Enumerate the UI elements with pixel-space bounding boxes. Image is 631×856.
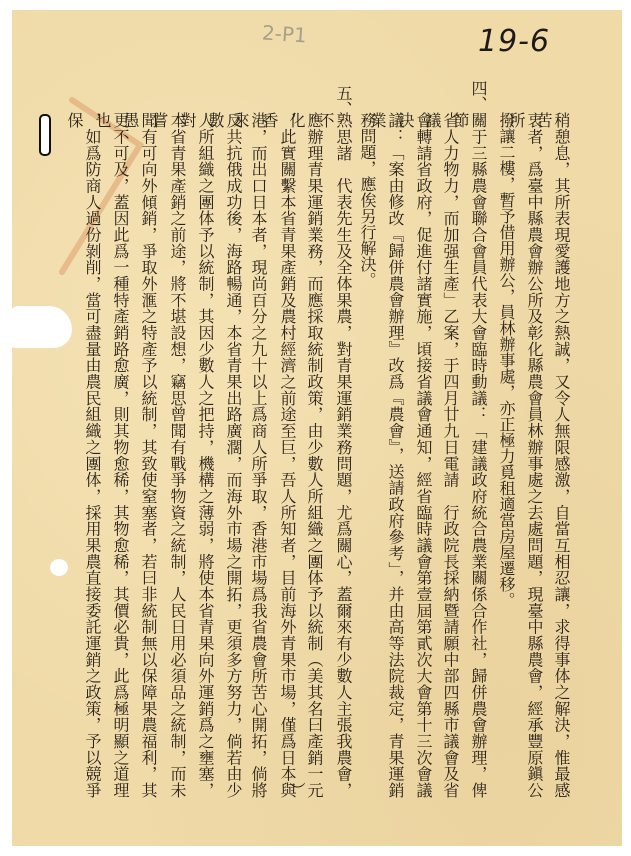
text-column-14: 人所組織之團体予以統制，其因少數人之把持，機構之薄弱，將使本省青果向外運銷爲之壅…	[196, 112, 214, 798]
text-column-5: 省人力物力，而加强生產」乙案，于四月廿九日電請 行政院長採納暨請願中部四縣市議會…	[441, 112, 459, 798]
text-column-3: 撥讓二樓，暫予借用辦公，員林辦事處，亦正極力覓租適當房屋遷移。	[497, 112, 515, 608]
text-column-17: 更不可及，蓋因此爲一種特產銷路愈廣，則其物愈稀，其物愈稀，其價必貴，此爲極明顯之…	[111, 112, 129, 798]
text-column-7: 議：「案由修改『歸併農會辦理』改爲『農會』，送請政府參考」，并由高等法院裁定，青…	[386, 112, 404, 798]
text-column-12: 港，而出口日本者，現尚百分之九十以上爲商人所爭取，香港市場爲我省農會所苦心開拓，…	[249, 112, 267, 798]
text-column-16: 聞有可向外傾銷，爭取外滙之特產予以統制，其致使窒塞者，若曰非統制無以保障果農福利…	[139, 112, 157, 798]
handwritten-page-number: 19-6	[478, 24, 550, 59]
text-column-2: 衷者，爲臺中縣農會辦公所及彰化縣農會員林辦事處之去處問題，現臺中縣農會，經承豐原…	[525, 112, 543, 798]
text-column-13: 反共抗俄成功後，海路暢通，本省青果出路廣濶，而海外市場之開拓，更須多方努力，倘若…	[224, 112, 242, 798]
text-column-9: 熟思諸 代表先生及全体果農，對青果運銷業務問題，尤爲關心，蓋爾來有少數人主張我農…	[334, 112, 352, 798]
text-column-1: 稍憩息，其所表現愛護地方之熱誠，又令人無限感激，自當互相忍讓，求得事体之解決，惟…	[552, 112, 570, 798]
text-column-6: 會轉請省政府，促進付諸實施，頃接省議會通知，經省臨時議會第壹屆第貳次大會第十三次…	[414, 112, 432, 798]
text-column-4: 關于三縣農會聯合會員代表大會臨時動議：「建議政府統合農業關係合作社，歸併農會辦理…	[469, 112, 487, 798]
binding-slot-hole	[39, 114, 51, 156]
text-column-18: ，如爲防商人過份剝削，當可盡量由農民組織之團体，採用果農直接委託運銷之政策，予以…	[83, 112, 101, 798]
section-four-marker: 四、	[469, 80, 487, 112]
text-column-11: ，此實關繫本省青果產銷及農村經濟之前途至巨，吾人所知者，目前海外青果市場，僅爲日…	[278, 112, 296, 798]
text-column-8: 務問題，應俟另行解決。	[358, 112, 376, 288]
text-column-10: 應辦理青果運銷業務，而應採取統制政策，由少數人所組織之團体予以統制（美其名曰產銷…	[305, 112, 323, 798]
text-column-15: 本省青果產銷之前途，將不堪設想，竊思曾聞有戰爭物資之統制，人民日用必須品之統制，…	[168, 112, 186, 798]
pencil-annotation: 2-P1	[261, 20, 307, 47]
punched-hole	[50, 559, 68, 576]
torn-binding-hole	[10, 306, 72, 348]
